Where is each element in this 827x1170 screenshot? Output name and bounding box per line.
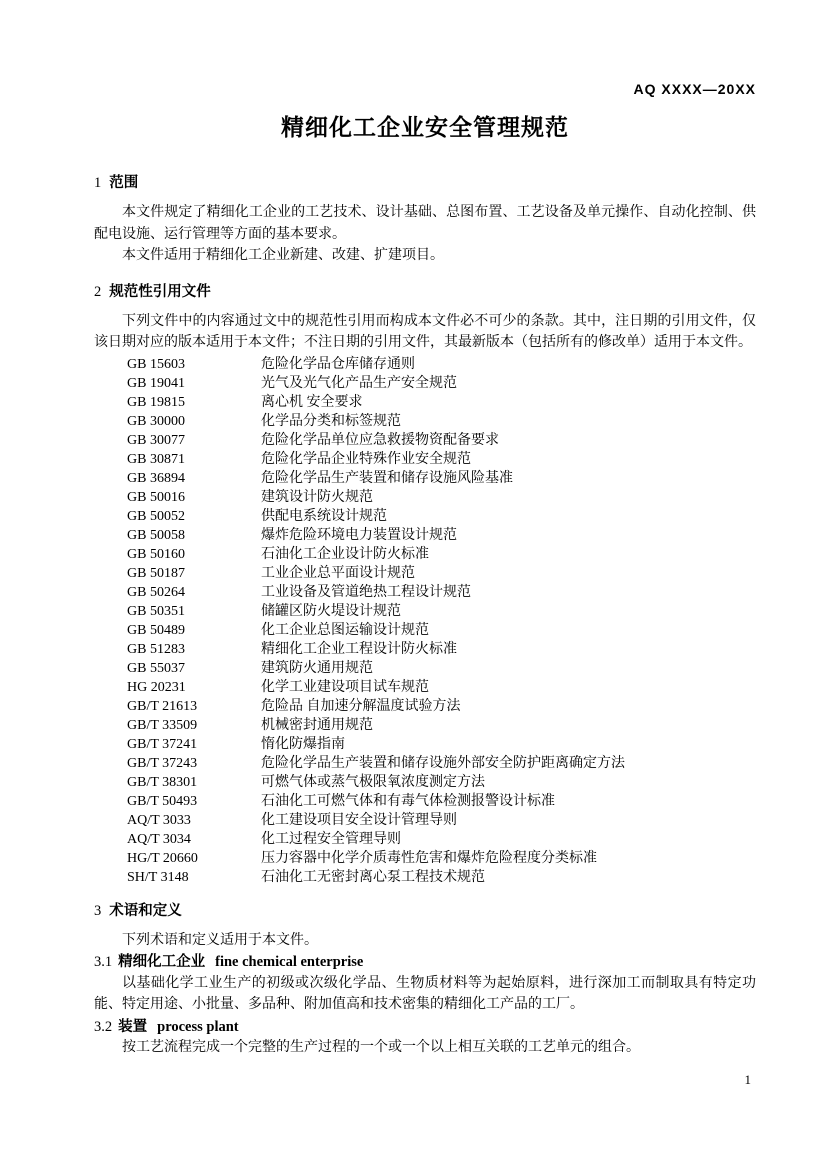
reference-code: GB/T 37243	[127, 754, 261, 773]
reference-title: 化学工业建设项目试车规范	[261, 678, 756, 697]
normative-references-list: GB 15603 危险化学品仓库储存通则 GB 19041 光气及光气化产品生产…	[94, 355, 756, 887]
reference-title: 化学品分类和标签规范	[261, 412, 756, 431]
terms-intro: 下列术语和定义适用于本文件。	[94, 930, 756, 952]
reference-title: 石油化工企业设计防火标准	[261, 545, 756, 564]
reference-code: GB 50052	[127, 507, 261, 526]
reference-row: GB/T 21613 危险品 自加速分解温度试验方法	[94, 697, 756, 716]
reference-row: GB 55037 建筑防火通用规范	[94, 659, 756, 678]
reference-title: 可燃气体或蒸气极限氧浓度测定方法	[261, 773, 756, 792]
reference-row: HG/T 20660 压力容器中化学介质毒性危害和爆炸危险程度分类标准	[94, 849, 756, 868]
reference-row: GB 50058 爆炸危险环境电力装置设计规范	[94, 526, 756, 545]
reference-code: GB 50187	[127, 564, 261, 583]
reference-title: 化工企业总图运输设计规范	[261, 621, 756, 640]
reference-title: 储罐区防火堤设计规范	[261, 602, 756, 621]
reference-code: GB 36894	[127, 469, 261, 488]
page-content: AQ XXXX—20XX 精细化工企业安全管理规范 1范围 本文件规定了精细化工…	[94, 0, 756, 1059]
reference-title: 危险化学品生产装置和储存设施外部安全防护距离确定方法	[261, 754, 756, 773]
reference-code: GB 19815	[127, 393, 261, 412]
term-block: 3.2装置process plant 按工艺流程完成一个完整的生产过程的一个或一…	[94, 1017, 756, 1059]
reference-row: GB/T 33509 机械密封通用规范	[94, 716, 756, 735]
reference-code: GB 19041	[127, 374, 261, 393]
reference-row: GB 50016 建筑设计防火规范	[94, 488, 756, 507]
terms-list: 3.1精细化工企业fine chemical enterprise 以基础化学工…	[94, 952, 756, 1059]
section-3-heading: 3术语和定义	[94, 902, 756, 921]
reference-code: GB 50160	[127, 545, 261, 564]
reference-row: GB/T 50493 石油化工可燃气体和有毒气体检测报警设计标准	[94, 792, 756, 811]
reference-title: 危险化学品单位应急救援物资配备要求	[261, 431, 756, 450]
reference-row: GB/T 38301 可燃气体或蒸气极限氧浓度测定方法	[94, 773, 756, 792]
section-3-number: 3	[94, 903, 101, 919]
reference-row: GB 30000 化学品分类和标签规范	[94, 412, 756, 431]
reference-code: GB/T 38301	[127, 773, 261, 792]
reference-title: 化工建设项目安全设计管理导则	[261, 811, 756, 830]
reference-title: 危险品 自加速分解温度试验方法	[261, 697, 756, 716]
reference-title: 离心机 安全要求	[261, 393, 756, 412]
reference-title: 石油化工可燃气体和有毒气体检测报警设计标准	[261, 792, 756, 811]
document-page: AQ XXXX—20XX 精细化工企业安全管理规范 1范围 本文件规定了精细化工…	[0, 0, 827, 1170]
document-title: 精细化工企业安全管理规范	[94, 112, 756, 142]
reference-code: GB 55037	[127, 659, 261, 678]
term-heading: 3.1精细化工企业fine chemical enterprise	[94, 952, 756, 973]
reference-title: 机械密封通用规范	[261, 716, 756, 735]
reference-row: GB 30871 危险化学品企业特殊作业安全规范	[94, 450, 756, 469]
reference-row: GB 50160 石油化工企业设计防火标准	[94, 545, 756, 564]
reference-code: GB 50016	[127, 488, 261, 507]
normative-references-intro: 下列文件中的内容通过文中的规范性引用而构成本文件必不可少的条款。其中，注日期的引…	[94, 311, 756, 354]
reference-title: 危险化学品企业特殊作业安全规范	[261, 450, 756, 469]
reference-title: 光气及光气化产品生产安全规范	[261, 374, 756, 393]
reference-code: GB 50264	[127, 583, 261, 602]
reference-title: 爆炸危险环境电力装置设计规范	[261, 526, 756, 545]
reference-row: GB 30077 危险化学品单位应急救援物资配备要求	[94, 431, 756, 450]
section-1-heading: 1范围	[94, 174, 756, 193]
reference-row: GB 36894 危险化学品生产装置和储存设施风险基准	[94, 469, 756, 488]
reference-title: 石油化工无密封离心泵工程技术规范	[261, 868, 756, 887]
reference-code: GB 30871	[127, 450, 261, 469]
reference-code: GB 15603	[127, 355, 261, 374]
term-definition: 以基础化学工业生产的初级或次级化学品、生物质材料等为起始原料，进行深加工而制取具…	[94, 973, 756, 1016]
reference-row: GB 50187 工业企业总平面设计规范	[94, 564, 756, 583]
reference-row: AQ/T 3033 化工建设项目安全设计管理导则	[94, 811, 756, 830]
term-number: 3.2	[94, 1019, 112, 1035]
reference-row: HG 20231 化学工业建设项目试车规范	[94, 678, 756, 697]
reference-code: GB 50351	[127, 602, 261, 621]
scope-paragraph-2: 本文件适用于精细化工企业新建、改建、扩建项目。	[94, 245, 756, 267]
section-2-heading: 2规范性引用文件	[94, 283, 756, 302]
reference-row: GB 51283 精细化工企业工程设计防火标准	[94, 640, 756, 659]
reference-row: GB 19041 光气及光气化产品生产安全规范	[94, 374, 756, 393]
standard-number-header: AQ XXXX—20XX	[94, 82, 756, 97]
reference-title: 建筑防火通用规范	[261, 659, 756, 678]
term-block: 3.1精细化工企业fine chemical enterprise 以基础化学工…	[94, 952, 756, 1016]
term-name-en: process plant	[157, 1019, 239, 1035]
reference-title: 建筑设计防火规范	[261, 488, 756, 507]
reference-title: 危险化学品生产装置和储存设施风险基准	[261, 469, 756, 488]
reference-row: GB 19815 离心机 安全要求	[94, 393, 756, 412]
term-heading: 3.2装置process plant	[94, 1017, 756, 1038]
reference-row: GB 50489 化工企业总图运输设计规范	[94, 621, 756, 640]
reference-code: AQ/T 3033	[127, 811, 261, 830]
section-3-title: 术语和定义	[109, 903, 182, 919]
reference-title: 工业设备及管道绝热工程设计规范	[261, 583, 756, 602]
term-number: 3.1	[94, 954, 112, 970]
reference-code: HG 20231	[127, 678, 261, 697]
page-number: 1	[745, 1072, 752, 1088]
scope-paragraph-1: 本文件规定了精细化工企业的工艺技术、设计基础、总图布置、工艺设备及单元操作、自动…	[94, 202, 756, 245]
reference-code: GB 50489	[127, 621, 261, 640]
reference-title: 惰化防爆指南	[261, 735, 756, 754]
reference-code: GB 50058	[127, 526, 261, 545]
reference-code: GB/T 33509	[127, 716, 261, 735]
reference-row: GB 50264 工业设备及管道绝热工程设计规范	[94, 583, 756, 602]
reference-code: GB/T 50493	[127, 792, 261, 811]
reference-title: 化工过程安全管理导则	[261, 830, 756, 849]
section-1-title: 范围	[109, 175, 138, 191]
reference-code: GB 30000	[127, 412, 261, 431]
reference-row: GB/T 37243 危险化学品生产装置和储存设施外部安全防护距离确定方法	[94, 754, 756, 773]
reference-title: 危险化学品仓库储存通则	[261, 355, 756, 374]
term-name-en: fine chemical enterprise	[215, 954, 363, 970]
reference-title: 精细化工企业工程设计防火标准	[261, 640, 756, 659]
reference-row: AQ/T 3034 化工过程安全管理导则	[94, 830, 756, 849]
reference-title: 供配电系统设计规范	[261, 507, 756, 526]
reference-row: GB 15603 危险化学品仓库储存通则	[94, 355, 756, 374]
reference-code: GB 30077	[127, 431, 261, 450]
reference-row: GB 50351 储罐区防火堤设计规范	[94, 602, 756, 621]
reference-code: SH/T 3148	[127, 868, 261, 887]
reference-row: SH/T 3148 石油化工无密封离心泵工程技术规范	[94, 868, 756, 887]
reference-title: 工业企业总平面设计规范	[261, 564, 756, 583]
reference-code: AQ/T 3034	[127, 830, 261, 849]
term-name-zh: 精细化工企业	[118, 954, 205, 970]
reference-code: GB 51283	[127, 640, 261, 659]
reference-code: GB/T 37241	[127, 735, 261, 754]
section-2-number: 2	[94, 284, 101, 300]
reference-code: HG/T 20660	[127, 849, 261, 868]
section-1-number: 1	[94, 175, 101, 191]
term-name-zh: 装置	[118, 1019, 147, 1035]
reference-code: GB/T 21613	[127, 697, 261, 716]
reference-row: GB 50052 供配电系统设计规范	[94, 507, 756, 526]
reference-row: GB/T 37241 惰化防爆指南	[94, 735, 756, 754]
reference-title: 压力容器中化学介质毒性危害和爆炸危险程度分类标准	[261, 849, 756, 868]
section-2-title: 规范性引用文件	[109, 284, 211, 300]
term-definition: 按工艺流程完成一个完整的生产过程的一个或一个以上相互关联的工艺单元的组合。	[94, 1037, 756, 1059]
